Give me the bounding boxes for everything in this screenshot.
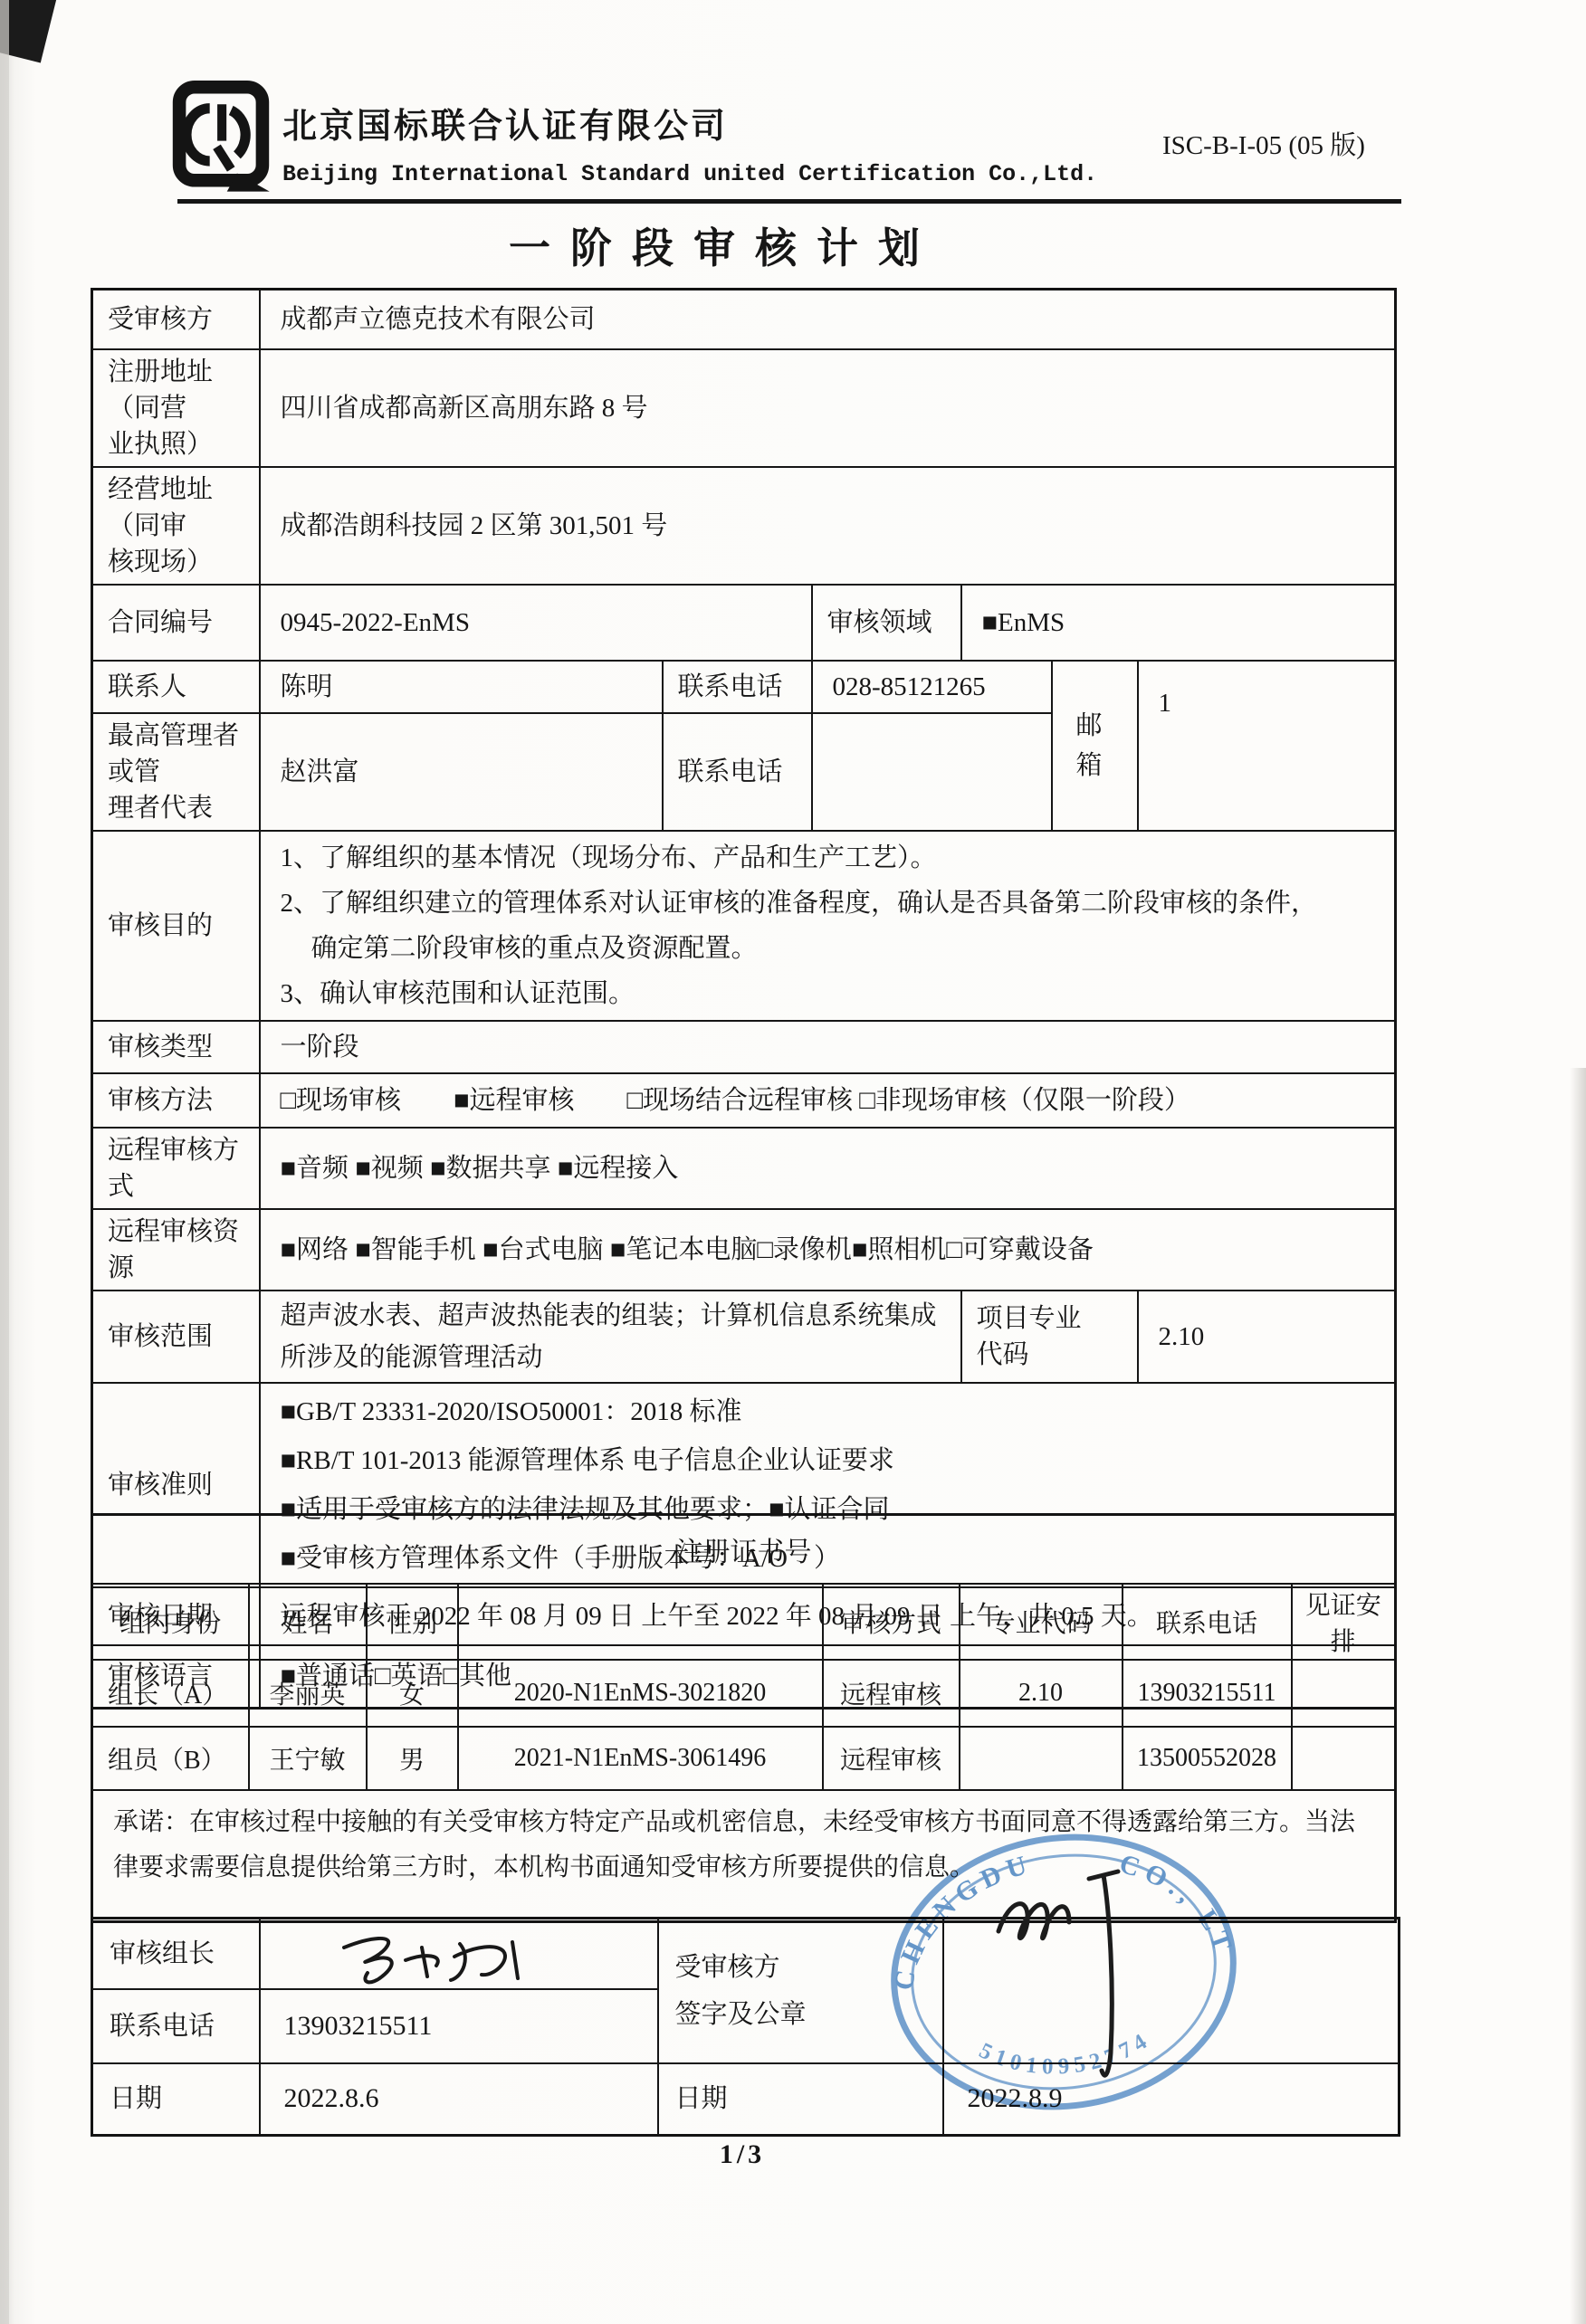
- table-row: 合同编号 0945-2022-EnMS 审核领域 ■EnMS: [92, 585, 1396, 661]
- team-name: 李丽英: [249, 1660, 367, 1727]
- audit-leader-handwritten-signature: [308, 1920, 579, 2002]
- audit-leader-label: 审核组长: [92, 1919, 260, 1989]
- project-code-label: 项目专业 代码: [961, 1291, 1138, 1383]
- remote-resource-label: 远程审核资源: [92, 1209, 260, 1291]
- org-name-chinese: 北京国标联合认证有限公司: [282, 98, 728, 148]
- leader-phone-label: 联系电话: [92, 1989, 260, 2063]
- leader-date-value: 2022.8.6: [260, 2063, 658, 2136]
- table-row: 审核类型 一阶段: [92, 1021, 1396, 1073]
- table-row: 审核目的 1、了解组织的基本情况（现场分布、产品和生产工艺）。 2、了解组织建立…: [92, 831, 1396, 1021]
- table-row: 审核方法 □现场审核 ■远程审核 □现场结合远程审核 □非现场审核（仅限一阶段）: [92, 1073, 1396, 1128]
- team-gender: 女: [367, 1660, 458, 1727]
- audit-purpose-value: 1、了解组织的基本情况（现场分布、产品和生产工艺）。 2、了解组织建立的管理体系…: [260, 831, 1396, 1021]
- top-manager-name: 赵洪富: [260, 713, 663, 831]
- col-header-gender: 性别: [367, 1584, 458, 1660]
- audit-type-value: 一阶段: [260, 1021, 1396, 1073]
- col-header-role: 组内身份: [92, 1584, 249, 1660]
- audit-info-table: 受审核方 成都声立德克技术有限公司 注册地址（同营 业执照） 四川省成都高新区高…: [91, 288, 1397, 1710]
- operating-address-label: 经营地址（同审 核现场）: [92, 467, 260, 585]
- col-header-phone: 联系电话: [1123, 1584, 1292, 1660]
- contact-phone-label: 联系电话: [663, 661, 812, 713]
- team-method: 远程审核: [823, 1660, 960, 1727]
- purpose-line: 2、了解组织建立的管理体系对认证审核的准备程度，确认是否具备第二阶段审核的条件，: [281, 881, 1386, 926]
- table-row: 经营地址（同审 核现场） 成都浩朗科技园 2 区第 301,501 号: [92, 467, 1396, 585]
- email-label: 邮 箱: [1052, 661, 1138, 831]
- audit-field-value: ■EnMS: [961, 585, 1396, 661]
- auditee-label: 受审核方: [92, 290, 260, 349]
- remote-mode-label: 远程审核方式: [92, 1128, 260, 1209]
- table-row: 注册地址（同营 业执照） 四川省成都高新区高朋东路 8 号: [92, 349, 1396, 467]
- manager-phone-label: 联系电话: [663, 713, 812, 831]
- audit-method-label: 审核方法: [92, 1073, 260, 1128]
- document-code: ISC-B-I-05 (05 版): [1162, 125, 1365, 162]
- team-code: 2.10: [960, 1660, 1123, 1727]
- table-row: 组长（A） 李丽英 女 2020-N1EnMS-3021820 远程审核 2.1…: [92, 1660, 1396, 1727]
- operating-address-value: 成都浩朗科技园 2 区第 301,501 号: [260, 467, 1396, 585]
- col-header-witness: 见证安排: [1292, 1584, 1396, 1660]
- table-row: 审核范围 超声波水表、超声波热能表的组装；计算机信息系统集成所涉及的能源管理活动…: [92, 1291, 1396, 1383]
- audit-purpose-label: 审核目的: [92, 831, 260, 1021]
- col-header-certificate: [458, 1584, 823, 1660]
- team-witness: [1292, 1727, 1396, 1790]
- audit-field-label: 审核领域: [812, 585, 961, 661]
- org-name-english: Beijing International Standard united Ce…: [282, 161, 1097, 187]
- audit-scope-value: 超声波水表、超声波热能表的组装；计算机信息系统集成所涉及的能源管理活动: [260, 1291, 961, 1383]
- scan-artifact-right-edge: [1570, 1068, 1586, 2324]
- purpose-line: 3、确认审核范围和认证范围。: [281, 971, 1386, 1016]
- criteria-line: ■RB/T 101-2013 能源管理体系 电子信息企业认证要求: [281, 1436, 1386, 1485]
- table-header-row: 组内身份 姓名 性别 审核方式 专业代码 联系电话 见证安排: [92, 1584, 1396, 1660]
- col-header-method: 审核方式: [823, 1584, 960, 1660]
- page-title: 一阶段审核计划: [91, 215, 1358, 275]
- team-method: 远程审核: [823, 1727, 960, 1790]
- team-certificate: 2021-N1EnMS-3061496: [458, 1727, 823, 1790]
- email-value: 1: [1138, 661, 1396, 831]
- remote-resource-value: ■网络 ■智能手机 ■台式电脑 ■笔记本电脑□录像机■照相机□可穿戴设备: [260, 1209, 1396, 1291]
- col-header-name: 姓名: [249, 1584, 367, 1660]
- table-row: 受审核方 成都声立德克技术有限公司: [92, 290, 1396, 349]
- auditee-handwritten-signature: [982, 1844, 1181, 2107]
- registered-address-value: 四川省成都高新区高朋东路 8 号: [260, 349, 1396, 467]
- team-role: 组长（A）: [92, 1660, 249, 1727]
- leader-date-label: 日期: [92, 2063, 260, 2136]
- purpose-line: 确定第二阶段审核的重点及资源配置。: [281, 926, 1386, 971]
- top-manager-label: 最高管理者或管 理者代表: [92, 713, 260, 831]
- criteria-line: ■GB/T 23331-2020/ISO50001：2018 标准: [281, 1387, 1386, 1436]
- certificate-section-title: 注册证书号: [92, 1515, 1396, 1584]
- team-phone: 13500552028: [1123, 1727, 1292, 1790]
- scan-artifact-left-edge: [0, 0, 9, 2324]
- project-code-value: 2.10: [1138, 1291, 1396, 1383]
- team-role: 组员（B）: [92, 1727, 249, 1790]
- team-code: [960, 1727, 1123, 1790]
- manager-phone-value: [812, 713, 1052, 831]
- contact-label: 联系人: [92, 661, 260, 713]
- audit-scope-label: 审核范围: [92, 1291, 260, 1383]
- table-row: 组员（B） 王宁敏 男 2021-N1EnMS-3061496 远程审核 135…: [92, 1727, 1396, 1790]
- purpose-line: 1、了解组织的基本情况（现场分布、产品和生产工艺）。: [281, 835, 1386, 881]
- contact-phone-value: 028-85121265: [812, 661, 1052, 713]
- table-row: 联系人 陈明 联系电话 028-85121265 邮 箱 1: [92, 661, 1396, 713]
- table-row: 注册证书号: [92, 1515, 1396, 1584]
- remote-mode-value: ■音频 ■视频 ■数据共享 ■远程接入: [260, 1128, 1396, 1209]
- certification-body-logo-icon: [170, 80, 272, 192]
- auditee-value: 成都声立德克技术有限公司: [260, 290, 1396, 349]
- audit-method-value: □现场审核 ■远程审核 □现场结合远程审核 □非现场审核（仅限一阶段）: [260, 1073, 1396, 1128]
- team-phone: 13903215511: [1123, 1660, 1292, 1727]
- table-row: 远程审核资源 ■网络 ■智能手机 ■台式电脑 ■笔记本电脑□录像机■照相机□可穿…: [92, 1209, 1396, 1291]
- contract-no-value: 0945-2022-EnMS: [260, 585, 812, 661]
- table-row: 远程审核方式 ■音频 ■视频 ■数据共享 ■远程接入: [92, 1128, 1396, 1209]
- contract-no-label: 合同编号: [92, 585, 260, 661]
- contact-name: 陈明: [260, 661, 663, 713]
- audit-type-label: 审核类型: [92, 1021, 260, 1073]
- team-name: 王宁敏: [249, 1727, 367, 1790]
- registered-address-label: 注册地址（同营 业执照）: [92, 349, 260, 467]
- page-number: 1/3: [91, 2139, 1394, 2170]
- header-rule: [177, 199, 1401, 204]
- scanned-audit-plan-page: 北京国标联合认证有限公司 Beijing International Stand…: [0, 0, 1586, 2324]
- team-certificate: 2020-N1EnMS-3021820: [458, 1660, 823, 1727]
- col-header-code: 专业代码: [960, 1584, 1123, 1660]
- team-gender: 男: [367, 1727, 458, 1790]
- team-witness: [1292, 1660, 1396, 1727]
